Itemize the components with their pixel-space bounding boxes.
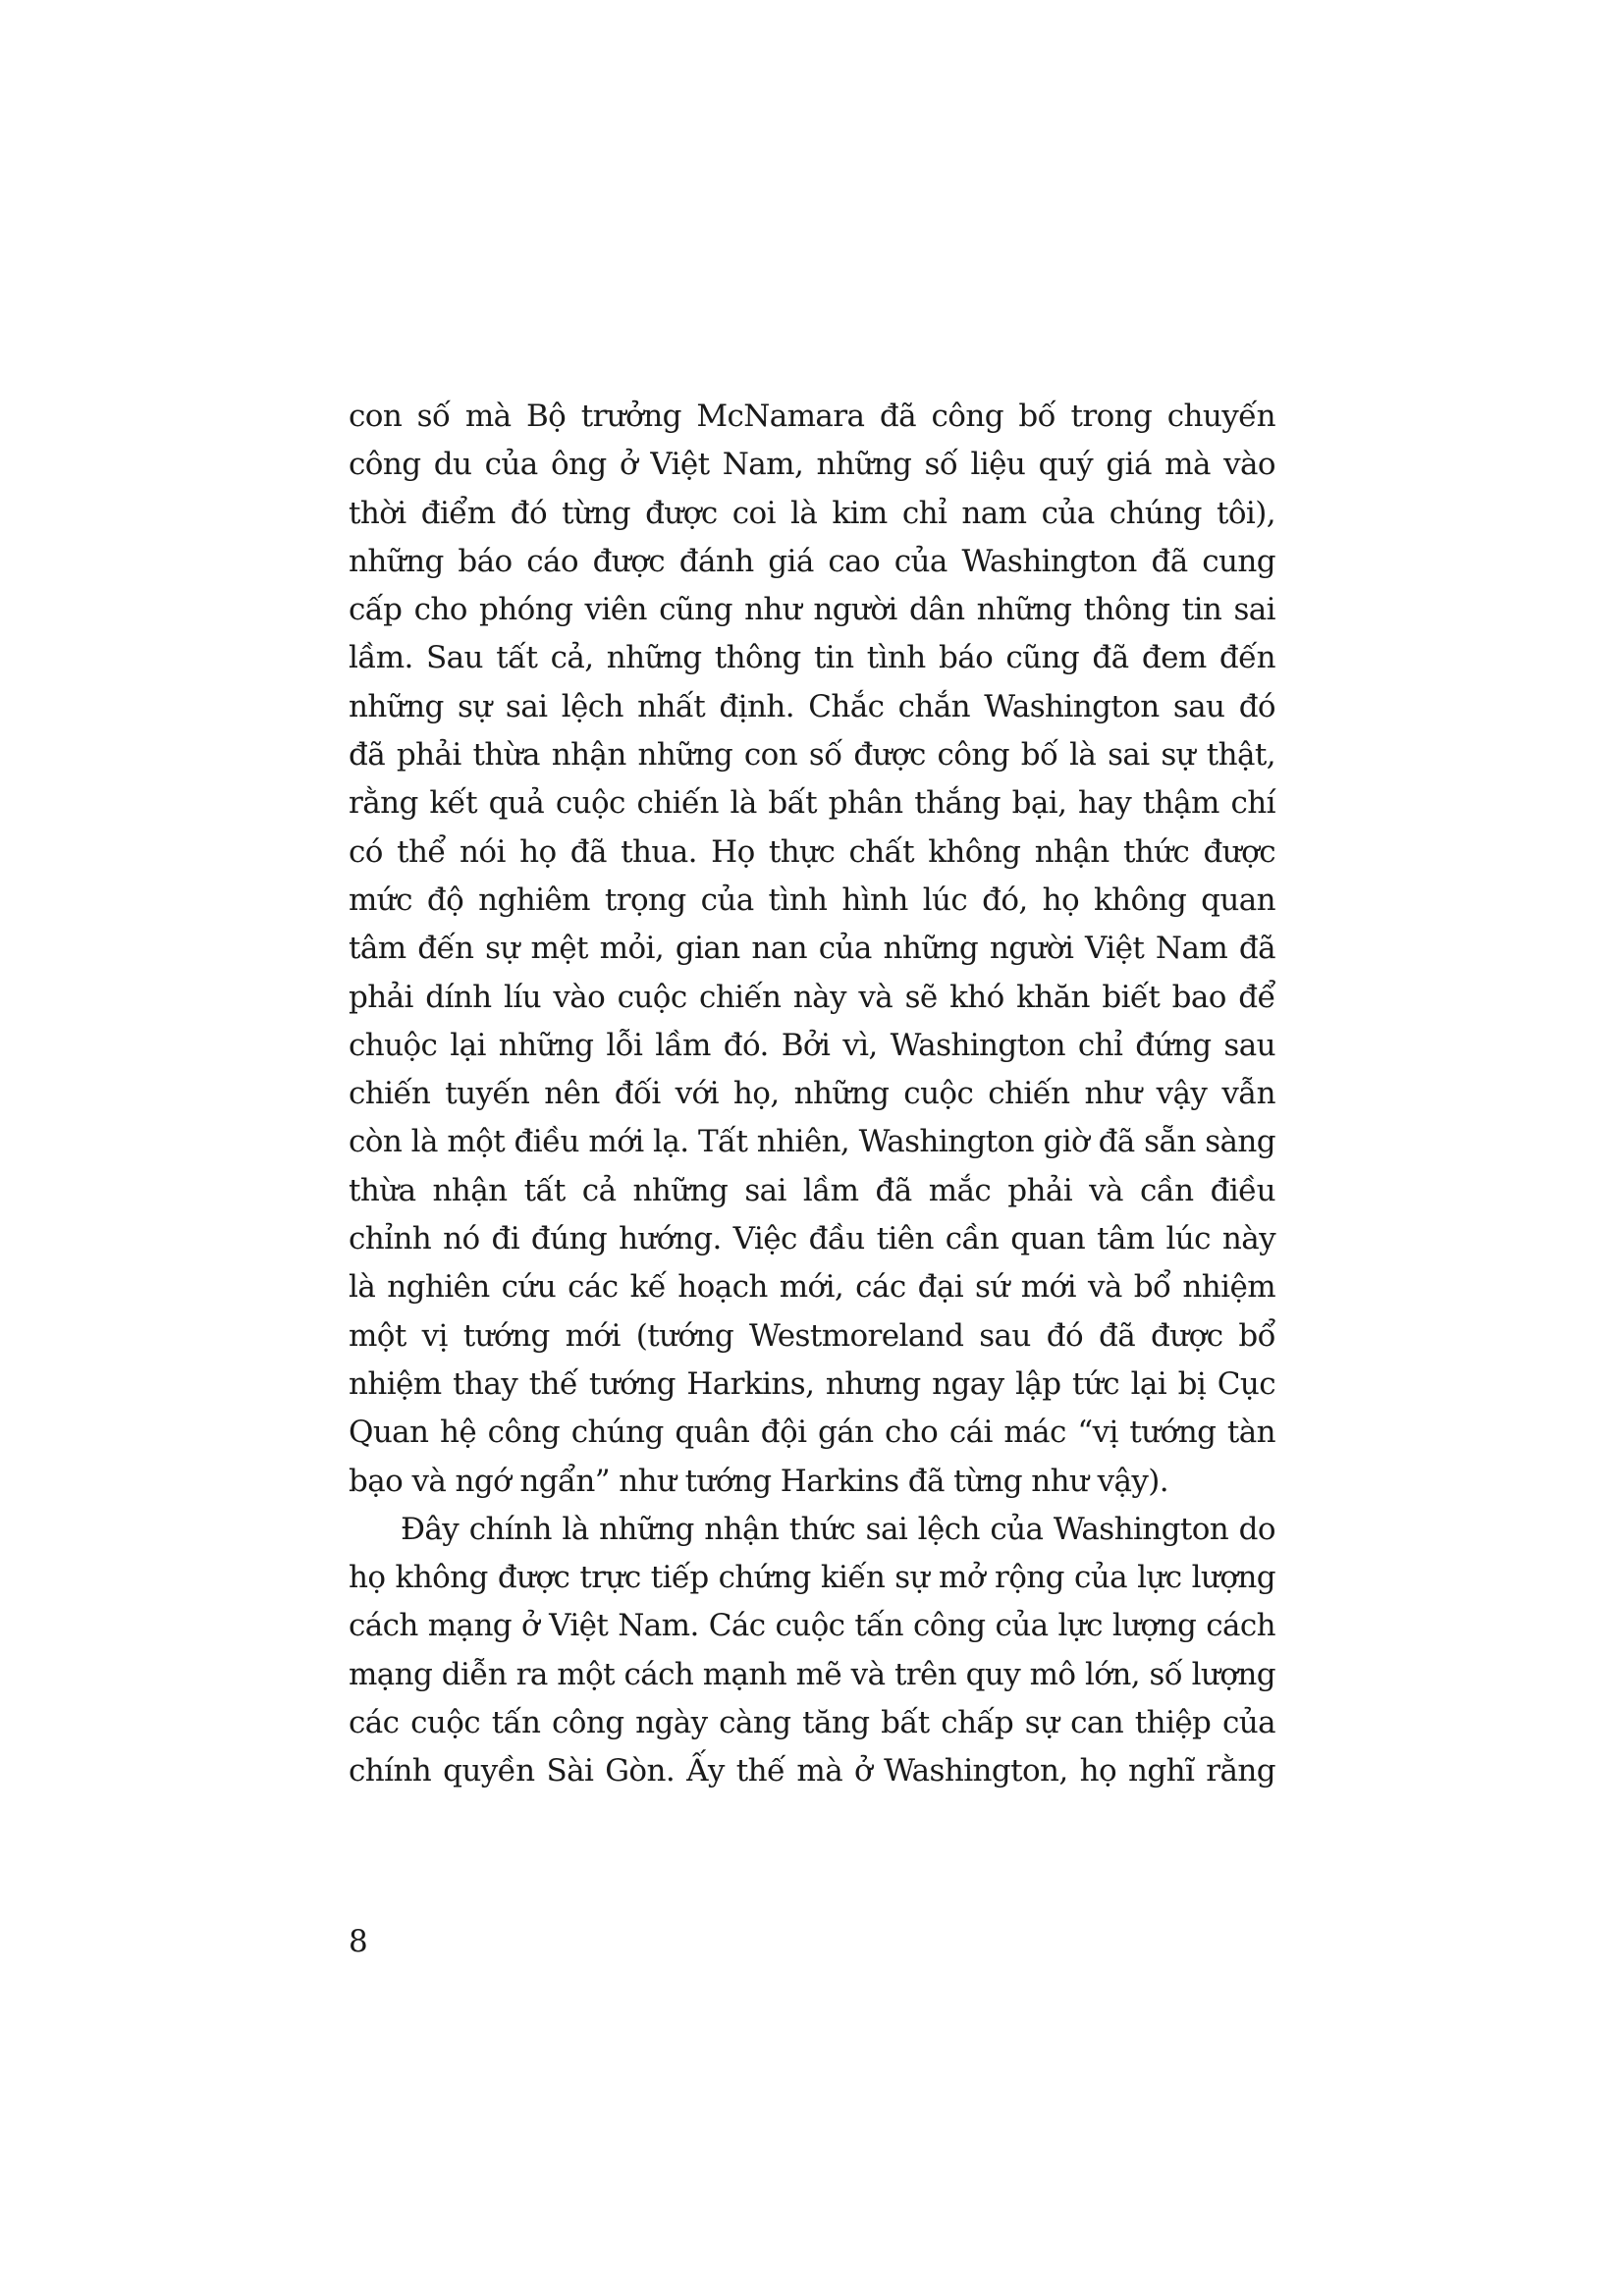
text-line: mạng diễn ra một cách mạnh mẽ và trên qu… <box>349 1651 1275 1699</box>
text-line: chiến tuyến nên đối với họ, những cuộc c… <box>349 1070 1275 1118</box>
paragraph-1: con số mà Bộ trưởng McNamara đã công bố … <box>349 393 1275 1506</box>
text-line: họ không được trực tiếp chứng kiến sự mở… <box>349 1554 1275 1602</box>
text-line: lầm. Sau tất cả, những thông tin tình bá… <box>349 634 1275 682</box>
text-line: công du của ông ở Việt Nam, những số liệ… <box>349 441 1275 489</box>
text-line: đã phải thừa nhận những con số được công… <box>349 731 1275 779</box>
text-line: tâm đến sự mệt mỏi, gian nan của những n… <box>349 925 1275 973</box>
text-line: chỉnh nó đi đúng hướng. Việc đầu tiên cầ… <box>349 1215 1275 1263</box>
document-page: con số mà Bộ trưởng McNamara đã công bố … <box>0 0 1624 2296</box>
text-line: có thể nói họ đã thua. Họ thực chất khôn… <box>349 828 1275 877</box>
text-line: là nghiên cứu các kế hoạch mới, các đại … <box>349 1263 1275 1311</box>
text-line: còn là một điều mới lạ. Tất nhiên, Washi… <box>349 1118 1275 1166</box>
text-line: Đây chính là những nhận thức sai lệch củ… <box>349 1506 1275 1554</box>
paragraph-2: Đây chính là những nhận thức sai lệch củ… <box>349 1506 1275 1796</box>
text-line: chuộc lại những lỗi lầm đó. Bởi vì, Wash… <box>349 1022 1275 1070</box>
text-line: cấp cho phóng viên cũng như người dân nh… <box>349 586 1275 634</box>
text-line: cách mạng ở Việt Nam. Các cuộc tấn công … <box>349 1602 1275 1650</box>
text-line: những sự sai lệch nhất định. Chắc chắn W… <box>349 683 1275 731</box>
text-line: bạo và ngớ ngẩn” như tướng Harkins đã từ… <box>349 1458 1275 1506</box>
page-number: 8 <box>349 1924 368 1959</box>
body-text: con số mà Bộ trưởng McNamara đã công bố … <box>349 393 1275 1796</box>
text-line: các cuộc tấn công ngày càng tăng bất chấ… <box>349 1699 1275 1747</box>
text-line: rằng kết quả cuộc chiến là bất phân thắn… <box>349 779 1275 828</box>
text-line: phải dính líu vào cuộc chiến này và sẽ k… <box>349 974 1275 1022</box>
text-line: thừa nhận tất cả những sai lầm đã mắc ph… <box>349 1167 1275 1215</box>
text-line: Quan hệ công chúng quân đội gán cho cái … <box>349 1409 1275 1457</box>
text-line: chính quyền Sài Gòn. Ấy thế mà ở Washing… <box>349 1747 1275 1795</box>
text-line: mức độ nghiêm trọng của tình hình lúc đó… <box>349 877 1275 925</box>
text-line: một vị tướng mới (tướng Westmoreland sau… <box>349 1312 1275 1361</box>
text-line: những báo cáo được đánh giá cao của Wash… <box>349 538 1275 586</box>
text-line: thời điểm đó từng được coi là kim chỉ na… <box>349 490 1275 538</box>
text-line: con số mà Bộ trưởng McNamara đã công bố … <box>349 393 1275 441</box>
text-line: nhiệm thay thế tướng Harkins, nhưng ngay… <box>349 1361 1275 1409</box>
